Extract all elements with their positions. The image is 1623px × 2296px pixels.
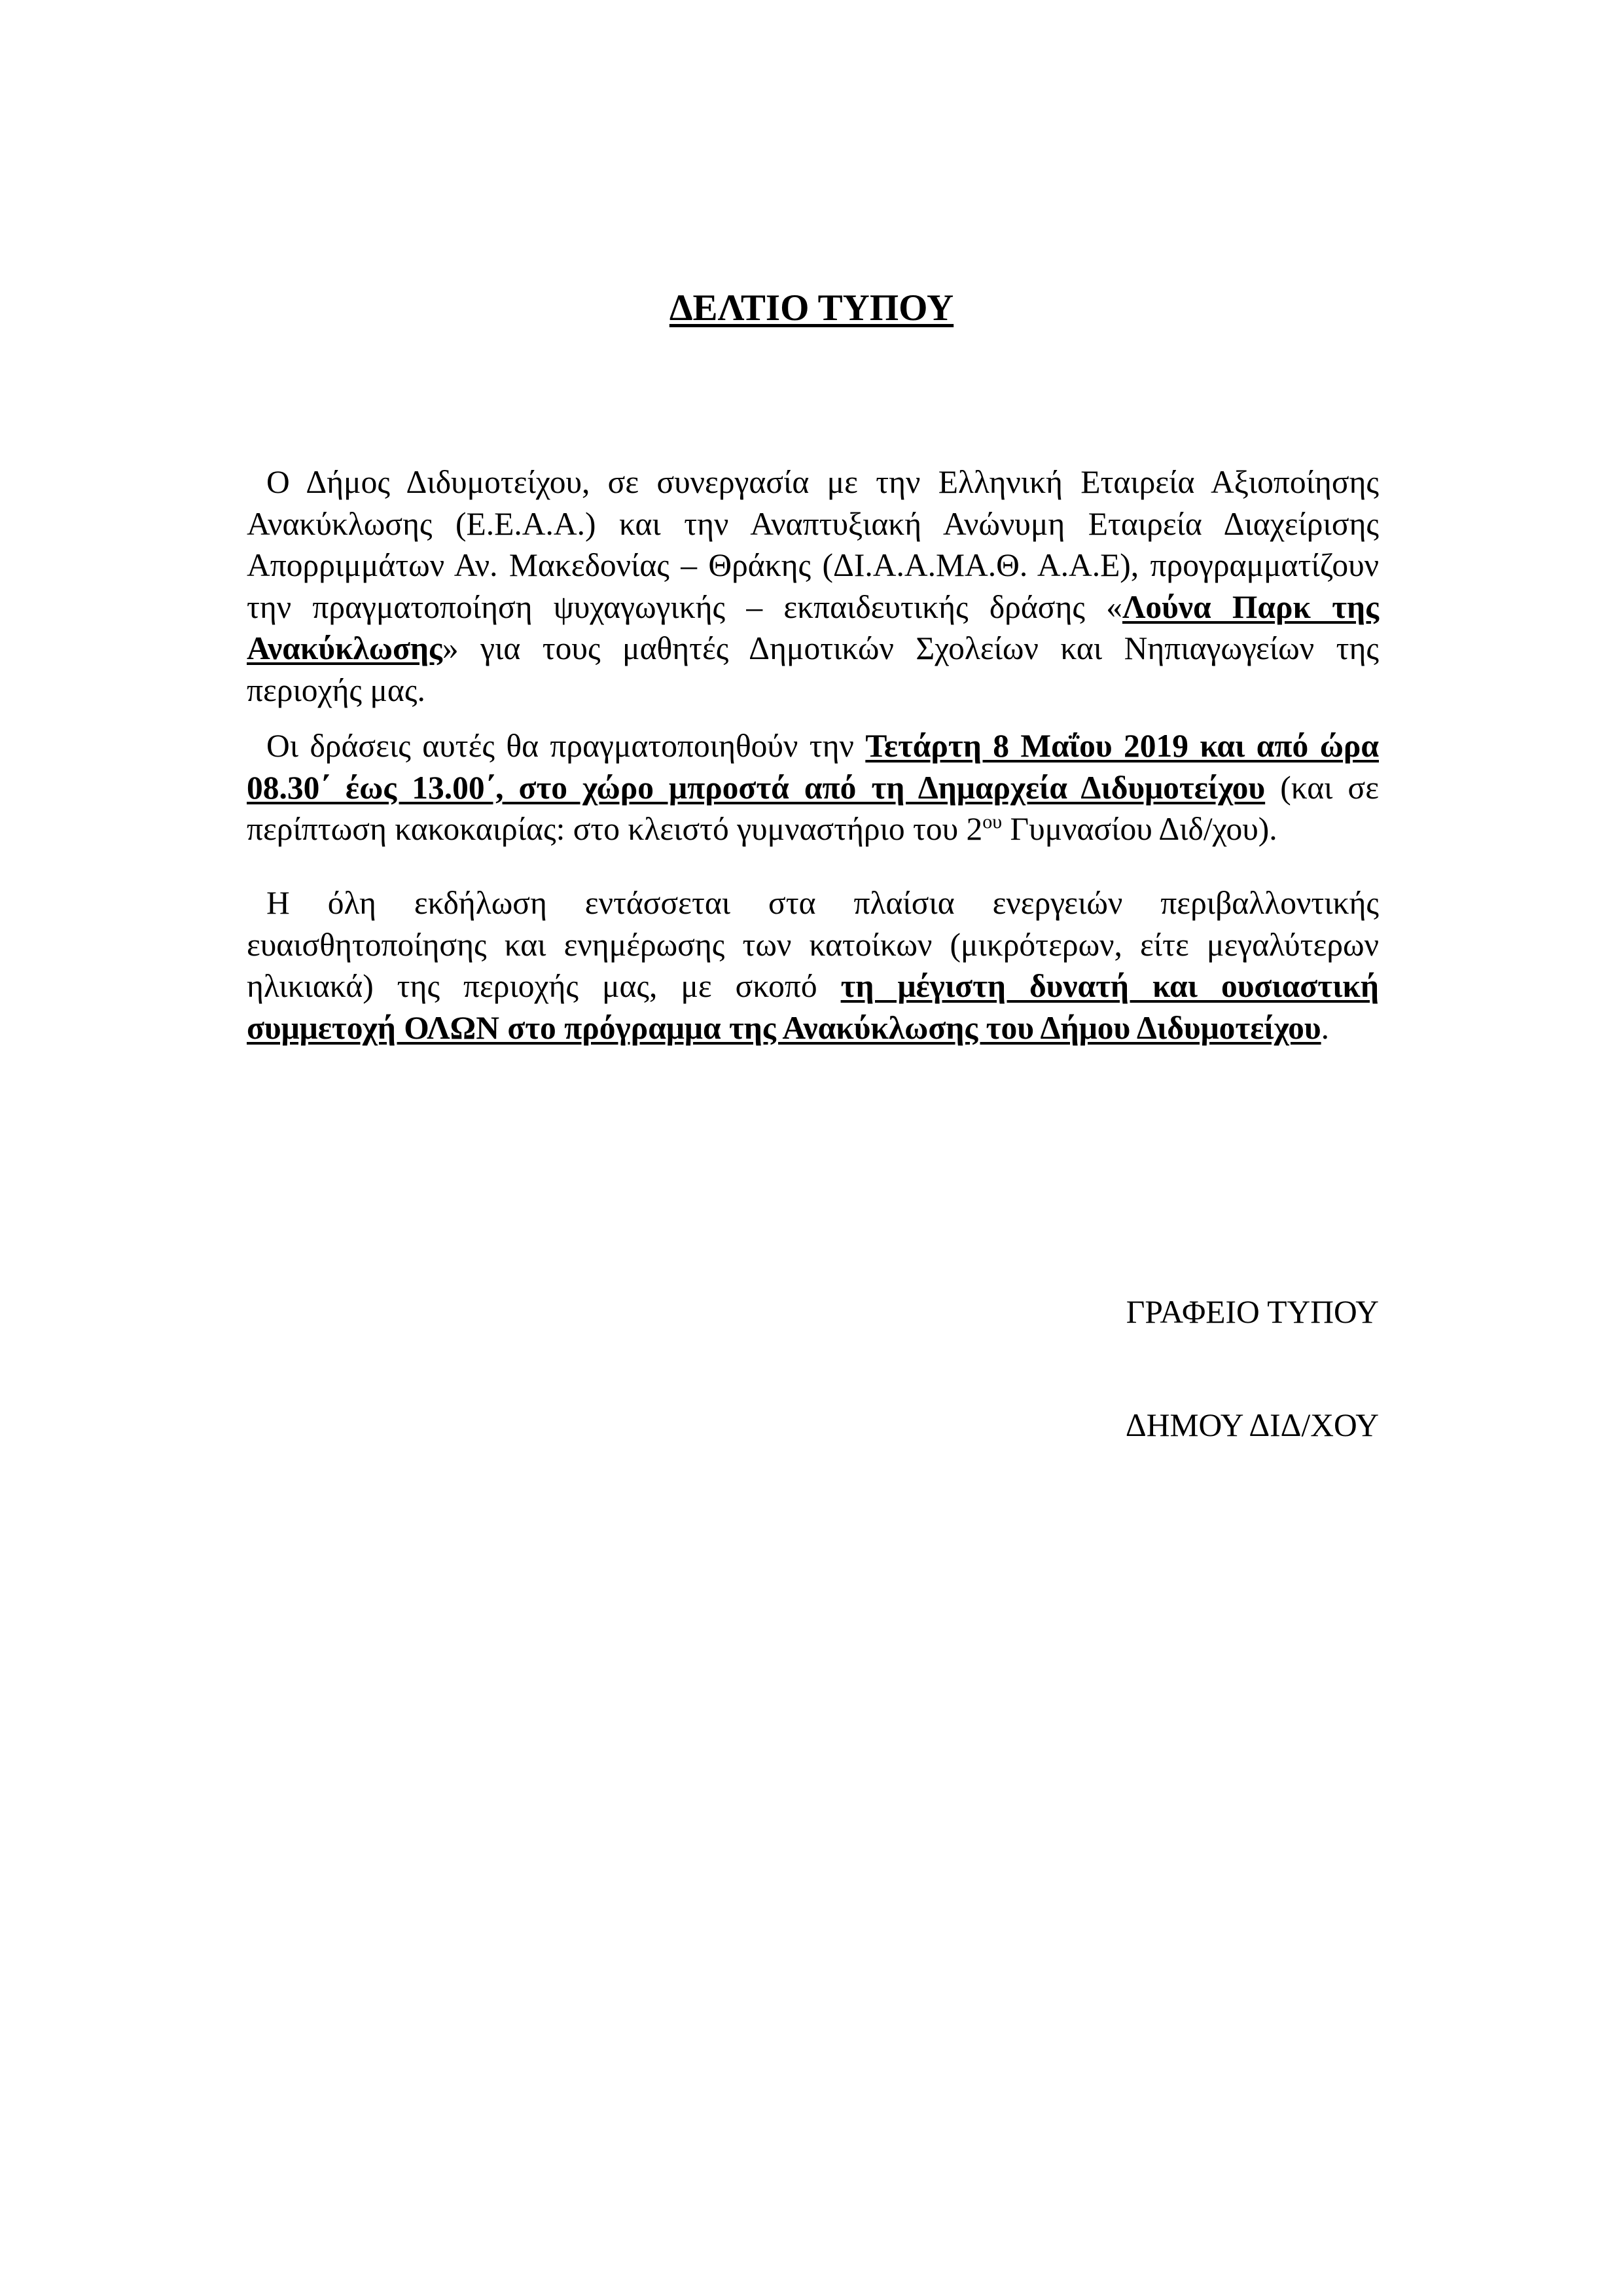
document-title: ΔΕΛΤΙΟ ΤΥΠΟΥ: [0, 287, 1623, 330]
title-text: ΔΕΛΤΙΟ ΤΥΠΟΥ: [669, 287, 954, 329]
schedule-text-end: Γυμνασίου Διδ/χου).: [1002, 811, 1277, 847]
ordinal-superscript: ου: [982, 811, 1002, 833]
paragraph-schedule: Οι δράσεις αυτές θα πραγματοποιηθούν την…: [247, 725, 1379, 850]
signature-office: ΓΡΑΦΕΙΟ ΤΥΠΟΥ: [1126, 1293, 1379, 1332]
paragraph-purpose: Η όλη εκδήλωση εντάσσεται στα πλαίσια εν…: [247, 882, 1379, 1049]
paragraph-intro: Ο Δήμος Διδυμοτείχου, σε συνεργασία με τ…: [247, 461, 1379, 711]
schedule-text: Οι δράσεις αυτές θα πραγματοποιηθούν την: [266, 728, 865, 764]
signature-municipality: ΔΗΜΟΥ ΔΙΔ/ΧΟΥ: [1126, 1406, 1379, 1445]
purpose-text-end: .: [1321, 1010, 1329, 1046]
